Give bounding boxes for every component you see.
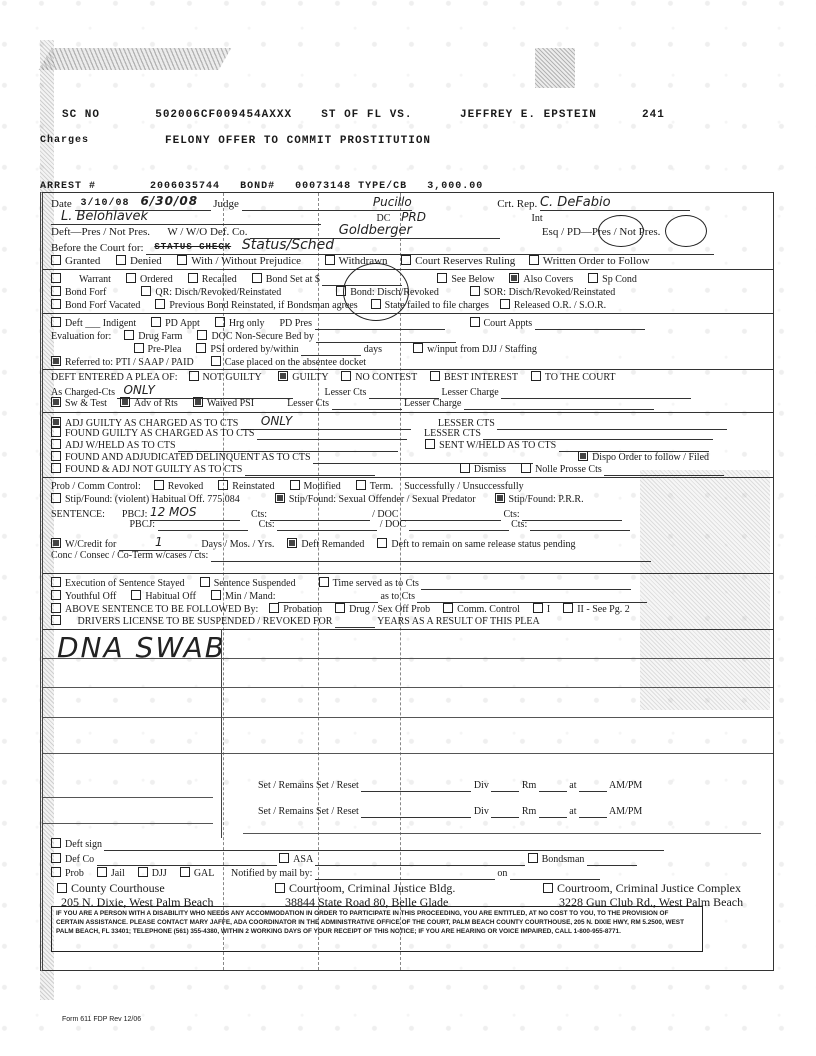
charges-label: Charges: [40, 135, 89, 146]
bond-set-label: Bond Set at $: [266, 274, 320, 285]
delinquent-label: FOUND AND ADJUDICATED DELINQUENT as to C…: [65, 452, 311, 463]
time-served-checkbox[interactable]: [319, 577, 329, 587]
bond-set-checkbox[interactable]: [252, 273, 262, 283]
divider: [43, 269, 773, 270]
pd-appt-checkbox[interactable]: [151, 317, 161, 327]
divider: [43, 629, 773, 630]
bond-forf-vacated-checkbox[interactable]: [51, 299, 61, 309]
asa-handwritten: L. Belohlavek: [61, 209, 148, 224]
sent-withheld-checkbox[interactable]: [425, 439, 435, 449]
license-row: DRIVERS LICENSE TO BE SUSPENDED / REVOKE…: [51, 615, 767, 628]
previous-bond-label: Previous Bond Reinstated, if Bondsman ag…: [169, 300, 357, 311]
stip-sexual-checkbox[interactable]: [275, 493, 285, 503]
reinstated-checkbox[interactable]: [218, 480, 228, 490]
charge-text: FELONY OFFER TO COMMIT PROSTITUTION: [165, 135, 431, 147]
probation-label: Probation: [283, 604, 322, 615]
ampm-label-1: AM/PM: [609, 780, 642, 791]
reset-label-2: Set / Remains Set / Reset: [258, 806, 359, 817]
plea-row: DEFT ENTERED A PLEA OF: NOT GUILTY GUILT…: [51, 371, 767, 384]
cts-field-3[interactable]: [277, 530, 377, 531]
with-without-label: With / Without Prejudice: [191, 255, 301, 267]
suspended-checkbox[interactable]: [200, 577, 210, 587]
divider: [43, 573, 773, 574]
divider: [43, 313, 773, 314]
successfully-label: Successfully / Unsuccessfully: [404, 481, 523, 492]
lesser-cts-field-2[interactable]: [332, 409, 402, 410]
crt-rep-field[interactable]: C. DeFabio: [540, 196, 690, 211]
written-order-checkbox[interactable]: [529, 255, 539, 265]
prob-checkbox[interactable]: [51, 867, 61, 877]
stayed-label: Execution of Sentence Stayed: [65, 578, 185, 589]
evaluation-row: Evaluation for: Drug Farm DOC Non-Secure…: [51, 330, 767, 343]
license-checkbox[interactable]: [51, 615, 61, 625]
location-2-checkbox[interactable]: [275, 883, 285, 893]
defendant-name: JEFFREY E. EPSTEIN: [460, 109, 597, 121]
absentee-label: Case placed on the absentee docket: [225, 357, 366, 368]
djj-dist-checkbox[interactable]: [138, 867, 148, 877]
ordered-checkbox[interactable]: [126, 273, 136, 283]
notes-line: [43, 753, 773, 754]
nolle-checkbox[interactable]: [521, 463, 531, 473]
indigent-checkbox[interactable]: [51, 317, 61, 327]
int-label: Int: [531, 213, 542, 224]
location-1-checkbox[interactable]: [57, 883, 67, 893]
stip-prr-label: Stip/Found: P.R.R.: [509, 494, 584, 505]
lesser-charge-label-2: Lesser Charge: [404, 398, 461, 409]
deft-pres-label: Deft—Pres / Not Pres.: [51, 226, 150, 238]
def-co-checkbox[interactable]: [51, 853, 61, 863]
bond-forf-vacated-label: Bond Forf Vacated: [65, 300, 140, 311]
bond-number: 00073148: [295, 181, 351, 192]
adv-rts-label: Adv of Rts: [134, 398, 178, 409]
adj-withheld-label: ADJ W/HELD as to Cts: [65, 440, 176, 451]
modified-label: Modified: [304, 481, 341, 492]
psi-checkbox[interactable]: [196, 343, 206, 353]
at-field-1[interactable]: [579, 791, 607, 792]
reset-row-2: Set / Remains Set / Reset Div Rm at AM/P…: [258, 805, 767, 818]
pbcj-handwritten: 12 MOS: [150, 505, 197, 519]
drug-farm-label: Drug Farm: [138, 331, 182, 342]
case-number: 502006CF009454AXXX: [155, 109, 292, 121]
dispo-order-checkbox[interactable]: [578, 451, 588, 461]
rm-label-1: Rm: [522, 780, 536, 791]
div-label-1: Div: [474, 780, 489, 791]
warrant-label: Warrant: [79, 274, 111, 285]
crt-rep-handwritten: C. DeFabio: [540, 195, 611, 210]
license-label: DRIVERS LICENSE TO BE SUSPENDED / REVOKE…: [78, 616, 333, 627]
days-label: days: [364, 344, 382, 355]
adj-guilty-checkbox[interactable]: [51, 417, 61, 427]
before-court-field[interactable]: STATUS CHECK Status/Sched: [146, 239, 714, 255]
reset-field-1[interactable]: [361, 791, 471, 792]
case-header-line: SC NO 502006CF009454AXXX ST OF FL VS.: [62, 109, 413, 121]
notes-line: [43, 823, 213, 824]
notes-line: [243, 833, 761, 834]
location-1-name: County Courthouse: [71, 881, 165, 895]
rm-field-2[interactable]: [539, 817, 567, 818]
header-suffix: 241: [642, 109, 665, 121]
denied-checkbox[interactable]: [116, 255, 126, 265]
asa-checkbox[interactable]: [279, 853, 289, 863]
bond-amount: 3,000.00: [427, 181, 483, 192]
notify-row: Prob Jail DJJ GAL Notified by mail by: o…: [51, 867, 767, 880]
deft-sign-checkbox[interactable]: [51, 838, 61, 848]
cc2-checkbox[interactable]: [563, 603, 573, 613]
date-handwritten: 6/30/08: [141, 194, 199, 208]
suspended-label: Sentence Suspended: [214, 578, 296, 589]
at-label-1: at: [569, 780, 576, 791]
nolle-label: Nolle Prosse Cts: [535, 464, 602, 475]
bond-forf-vacated-row: Bond Forf Vacated Previous Bond Reinstat…: [51, 299, 767, 312]
adj-not-guilty-field[interactable]: [245, 475, 375, 476]
at-label-2: at: [569, 806, 576, 817]
term-label: Term.: [370, 481, 393, 492]
arrest-label: ARREST #: [40, 181, 96, 192]
reset-field-2[interactable]: [361, 817, 471, 818]
stayed-row: Execution of Sentence Stayed Sentence Su…: [51, 577, 767, 590]
ampm-label-2: AM/PM: [609, 806, 642, 817]
deft-sign-row: Deft sign: [51, 838, 767, 851]
location-2[interactable]: Courtroom, Criminal Justice Bldg. 38844 …: [275, 881, 455, 909]
withdrawn-checkbox[interactable]: [325, 255, 335, 265]
credit-checkbox[interactable]: [51, 538, 61, 548]
gal-label: GAL: [194, 868, 214, 879]
doc-bed-label: DOC Non-Secure Bed by: [211, 331, 313, 342]
bond-forf-label: Bond Forf: [65, 287, 106, 298]
stip-habitual-label: Stip/Found: (violent) Habitual Off. 775.…: [65, 494, 240, 505]
absentee-checkbox[interactable]: [211, 356, 221, 366]
adj-withheld-checkbox[interactable]: [51, 439, 61, 449]
pbcj-field-2[interactable]: [158, 530, 248, 531]
deft-sign-label: Deft sign: [65, 839, 102, 850]
asa-label: ASA: [293, 854, 312, 865]
waived-psi-checkbox[interactable]: [193, 397, 203, 407]
notified-field[interactable]: [315, 879, 495, 880]
guilty-checkbox[interactable]: [278, 371, 288, 381]
lesser-charge-field-2[interactable]: [464, 409, 654, 410]
hrg-only-checkbox[interactable]: [215, 317, 225, 327]
asa-field[interactable]: [315, 865, 525, 866]
court-appts-label: Court Appts: [484, 318, 533, 329]
pbcj-label-2: PBCJ:: [130, 519, 156, 530]
indigent-row: Deft ___ Indigent PD Appt Hrg only PD Pr…: [51, 317, 767, 330]
also-covers-checkbox[interactable]: [509, 273, 519, 283]
previous-bond-checkbox[interactable]: [155, 299, 165, 309]
cts-label-3: Cts:: [259, 519, 275, 530]
sent-withheld-label: SENT W/HELD as to Cts: [439, 440, 556, 451]
remanded-checkbox[interactable]: [287, 538, 297, 548]
divider: [43, 369, 773, 370]
pre-plea-label: Pre-Plea: [148, 344, 182, 355]
released-or-checkbox[interactable]: [500, 299, 510, 309]
pd-appt-label: PD Appt: [165, 318, 200, 329]
habitual-off-checkbox[interactable]: [131, 590, 141, 600]
date-printed: 3/10/08: [81, 198, 130, 209]
sentence-row-2: PBCJ: Cts: / DOC Cts:: [51, 518, 767, 531]
sor-checkbox[interactable]: [470, 286, 480, 296]
guilty-label: GUILTY: [292, 372, 328, 383]
released-or-label: Released O.R. / S.O.R.: [514, 300, 606, 311]
youthful-row: Youthful Off Habitual Off Min / Mand: as…: [51, 590, 767, 603]
best-interest-label: BEST INTEREST: [444, 372, 518, 383]
crt-rep-label: Crt. Rep.: [497, 198, 537, 210]
cc2-label: II - See Pg. 2: [577, 604, 630, 615]
warrant-checkbox[interactable]: [51, 273, 61, 283]
asa-field[interactable]: L. Belohlavek: [51, 210, 321, 225]
gal-checkbox[interactable]: [180, 867, 190, 877]
qr-checkbox[interactable]: [141, 286, 151, 296]
notified-date-field[interactable]: [510, 879, 600, 880]
deft-sign-field[interactable]: [104, 850, 664, 851]
cc1-label: I: [547, 604, 550, 615]
sp-cond-checkbox[interactable]: [588, 273, 598, 283]
warrant-row: Warrant Ordered Recalled Bond Set at $ S…: [51, 273, 767, 286]
before-court-handwritten: Status/Sched: [242, 237, 334, 253]
as-to-cts-label: as to Cts: [381, 591, 415, 602]
jail-label: Jail: [111, 868, 125, 879]
reset-row-1: Set / Remains Set / Reset Div Rm at AM/P…: [258, 779, 767, 792]
sc-label: SC NO: [62, 109, 100, 121]
conc-field[interactable]: [211, 561, 651, 562]
location-1[interactable]: County Courthouse 205 N. Dixie, West Pal…: [57, 881, 213, 909]
state-failed-checkbox[interactable]: [371, 299, 381, 309]
before-court-label: Before the Court for:: [51, 242, 144, 254]
evaluation-label: Evaluation for:: [51, 331, 111, 342]
prob-label: Prob / Comm Control:: [51, 481, 141, 492]
court-minutes-form: Date 3/10/08 6/30/08 Judge Pucillo Crt. …: [40, 192, 774, 971]
sw-test-label: Sw & Test: [65, 398, 107, 409]
conc-row: Conc / Consec / Co-Term w/cases / cts:: [51, 549, 767, 562]
sw-test-row: Sw & Test Adv of Rts Waived PSI Lesser C…: [51, 397, 767, 410]
stip-prr-checkbox[interactable]: [495, 493, 505, 503]
referred-row: Referred to: PTI / SAAP / PAID Case plac…: [51, 356, 767, 369]
comm-control-checkbox[interactable]: [443, 603, 453, 613]
cts-field-4[interactable]: [530, 530, 630, 531]
doc-label-2: / DOC: [380, 519, 406, 530]
adj-guilty-handwritten: ONLY: [261, 414, 292, 428]
date-row: Date 3/10/08 6/30/08 Judge Pucillo Crt. …: [51, 195, 767, 211]
credit-handwritten: 1: [155, 535, 163, 549]
dismiss-label: Dismiss: [474, 464, 506, 475]
judge-handwritten: Pucillo: [373, 195, 412, 209]
before-court-struck: STATUS CHECK: [154, 242, 231, 252]
divider: [43, 412, 773, 413]
prob-dist-label: Prob: [65, 868, 84, 879]
not-guilty-label: NOT GUILTY: [203, 372, 262, 383]
dispo-order-label: Dispo Order to follow / Filed: [592, 452, 709, 463]
min-mand-label: Min / Mand:: [225, 591, 276, 602]
form-id: Form 611 FDP Rev 12/06: [62, 1016, 141, 1023]
arrest-number: 2006035744: [150, 181, 220, 192]
location-3-checkbox[interactable]: [543, 883, 553, 893]
revoked-checkbox[interactable]: [154, 480, 164, 490]
prob-row: Prob / Comm Control: Revoked Reinstated …: [51, 480, 767, 493]
psi-label: PSI ordered by/within: [210, 344, 298, 355]
bond-label: BOND#: [240, 181, 275, 192]
notified-label: Notified by mail by:: [231, 868, 312, 879]
ruling-row: Granted Denied With / Without Prejudice …: [51, 255, 767, 268]
conc-label: Conc / Consec / Co-Term w/cases / cts:: [51, 550, 208, 561]
type-label: TYPE/CB: [358, 181, 407, 192]
found-lesser-cts-label: Lesser Cts: [424, 428, 481, 439]
wwo-label: W / W/O Def. Co.: [167, 226, 247, 238]
divider: [43, 477, 773, 478]
rm-field-1[interactable]: [539, 791, 567, 792]
ada-notice: IF YOU ARE A PERSON WITH A DISABILITY WH…: [51, 906, 703, 952]
def-co-label: Def Co: [65, 854, 94, 865]
notes-line: [43, 797, 213, 798]
def-co-row: Def Co ASA Bondsman: [51, 853, 767, 866]
before-court-row: Before the Court for: STATUS CHECK Statu…: [51, 239, 767, 255]
bondsman-label: Bondsman: [542, 854, 585, 865]
on-label: on: [497, 868, 507, 879]
with-without-checkbox[interactable]: [177, 255, 187, 265]
years-label: YEARS AS A RESULT OF THIS PLEA: [377, 616, 540, 627]
cc1-checkbox[interactable]: [533, 603, 543, 613]
arrest-line: ARREST # 2006035744 BOND# 00073148 TYPE/…: [40, 181, 483, 192]
court-reserves-label: Court Reserves Ruling: [415, 255, 515, 267]
sor-label: SOR: Disch/Revoked/Reinstated: [484, 287, 615, 298]
probation-checkbox[interactable]: [269, 603, 279, 613]
nolle-field[interactable]: [604, 475, 724, 476]
written-order-label: Written Order to Follow: [543, 255, 650, 267]
dismiss-checkbox[interactable]: [460, 463, 470, 473]
min-mand-checkbox[interactable]: [211, 590, 221, 600]
jail-checkbox[interactable]: [97, 867, 107, 877]
modified-checkbox[interactable]: [290, 480, 300, 490]
at-field-2[interactable]: [579, 817, 607, 818]
youthful-checkbox[interactable]: [51, 590, 61, 600]
notes-handwritten: DNA SWAB: [57, 631, 226, 664]
case-style: ST OF FL VS.: [321, 109, 412, 121]
bond-forf-row: Bond Forf QR: Disch/Revoked/Reinstated B…: [51, 286, 767, 299]
found-guilty-label: FOUND GUILTY as Charged as to Cts: [65, 428, 254, 439]
pd-pres-label: PD Pres: [279, 318, 312, 329]
recalled-checkbox[interactable]: [188, 273, 198, 283]
adj-not-guilty-label: FOUND & ADJ NOT GUILTY as to Cts: [65, 464, 242, 475]
djj-checkbox[interactable]: [413, 343, 423, 353]
notes-line: [43, 717, 773, 718]
lesser-cts-label-2: Lesser Cts: [287, 398, 329, 409]
indigent-label: Deft ___ Indigent: [65, 318, 136, 329]
plea-entered-label: DEFT ENTERED A PLEA OF:: [51, 372, 178, 383]
waived-psi-label: Waived PSI: [207, 398, 254, 409]
bond-forf-checkbox[interactable]: [51, 286, 61, 296]
not-guilty-adj-row: FOUND & ADJ NOT GUILTY as to Cts Dismiss…: [51, 463, 767, 476]
location-3-name: Courtroom, Criminal Justice Complex: [557, 881, 741, 895]
license-years-field[interactable]: [335, 627, 375, 628]
adj-not-guilty-checkbox[interactable]: [51, 463, 61, 473]
as-charged-handwritten: ONLY: [123, 383, 154, 397]
doc-field-2[interactable]: [409, 530, 509, 531]
judge-field[interactable]: Pucillo: [242, 196, 412, 211]
court-appts-checkbox[interactable]: [470, 317, 480, 327]
best-interest-checkbox[interactable]: [430, 371, 440, 381]
scan-artifact: [39, 48, 232, 70]
rm-label-2: Rm: [522, 806, 536, 817]
revoked-label: Revoked: [168, 481, 204, 492]
stayed-checkbox[interactable]: [51, 577, 61, 587]
notes-line: [43, 687, 773, 688]
see-below-checkbox[interactable]: [437, 273, 447, 283]
defendant-line: JEFFREY E. EPSTEIN 241: [460, 109, 665, 121]
also-covers-label: Also Covers: [523, 274, 573, 285]
to-court-checkbox[interactable]: [531, 371, 541, 381]
hrg-only-label: Hrg only: [229, 318, 265, 329]
dc-handwritten: PRD: [401, 210, 426, 224]
djj-dist-label: DJJ: [152, 868, 167, 879]
delinquent-checkbox[interactable]: [51, 451, 61, 461]
no-contest-label: NO CONTEST: [355, 372, 417, 383]
court-reserves-checkbox[interactable]: [401, 255, 411, 265]
denied-label: Denied: [130, 255, 162, 267]
stip-sexual-label: Stip/Found: Sexual Offender / Sexual Pre…: [289, 494, 476, 505]
reset-label-1: Set / Remains Set / Reset: [258, 780, 359, 791]
div-field-1[interactable]: [491, 791, 519, 792]
judge-label: Judge: [213, 198, 239, 210]
drug-sex-label: Drug / Sex Off Prob: [349, 604, 430, 615]
drug-farm-checkbox[interactable]: [124, 330, 134, 340]
comm-control-label: Comm. Control: [457, 604, 520, 615]
sw-test-checkbox[interactable]: [51, 397, 61, 407]
sp-cond-label: Sp Cond: [602, 274, 637, 285]
found-guilty-checkbox[interactable]: [51, 427, 61, 437]
notes-line: [43, 658, 773, 659]
location-3[interactable]: Courtroom, Criminal Justice Complex 3228…: [543, 881, 743, 909]
term-checkbox[interactable]: [356, 480, 366, 490]
bondsman-checkbox[interactable]: [528, 853, 538, 863]
grid-line: [221, 629, 222, 838]
time-served-label: Time served as to Cts: [333, 578, 419, 589]
bondsman-field[interactable]: [587, 865, 637, 866]
granted-label: Granted: [65, 255, 100, 267]
pre-plea-checkbox[interactable]: [134, 343, 144, 353]
doc-bed-checkbox[interactable]: [197, 330, 207, 340]
state-failed-label: State failed to file charges: [385, 300, 489, 311]
youthful-label: Youthful Off: [65, 591, 116, 602]
div-label-2: Div: [474, 806, 489, 817]
recalled-label: Recalled: [202, 274, 237, 285]
scan-artifact: [535, 48, 575, 88]
pre-plea-row: Pre-Plea PSI ordered by/within days w/in…: [51, 343, 767, 356]
reinstated-label: Reinstated: [232, 481, 274, 492]
granted-checkbox[interactable]: [51, 255, 61, 265]
ordered-label: Ordered: [140, 274, 173, 285]
def-co-field[interactable]: [97, 865, 277, 866]
no-contest-checkbox[interactable]: [341, 371, 351, 381]
drug-sex-checkbox[interactable]: [335, 603, 345, 613]
referred-label: Referred to: PTI / SAAP / PAID: [65, 357, 194, 368]
djj-label: w/input from DJJ / Staffing: [427, 344, 537, 355]
referred-checkbox[interactable]: [51, 356, 61, 366]
followed-label: ABOVE SENTENCE TO BE FOLLOWED By:: [65, 604, 258, 615]
cts-label-4: Cts:: [511, 519, 527, 530]
habitual-off-label: Habitual Off: [145, 591, 196, 602]
to-court-label: TO THE COURT: [545, 372, 616, 383]
attorney-handwritten: Goldberger: [339, 223, 412, 238]
not-guilty-checkbox[interactable]: [189, 371, 199, 381]
adv-rts-checkbox[interactable]: [120, 397, 130, 407]
deft-pres-row: Deft—Pres / Not Pres. W / W/O Def. Co. G…: [51, 224, 767, 239]
followed-checkbox[interactable]: [51, 603, 61, 613]
remain-checkbox[interactable]: [377, 538, 387, 548]
stip-habitual-checkbox[interactable]: [51, 493, 61, 503]
see-below-label: See Below: [451, 274, 494, 285]
div-field-2[interactable]: [491, 817, 519, 818]
qr-label: QR: Disch/Revoked/Reinstated: [155, 287, 281, 298]
location-2-name: Courtroom, Criminal Justice Bldg.: [289, 881, 455, 895]
